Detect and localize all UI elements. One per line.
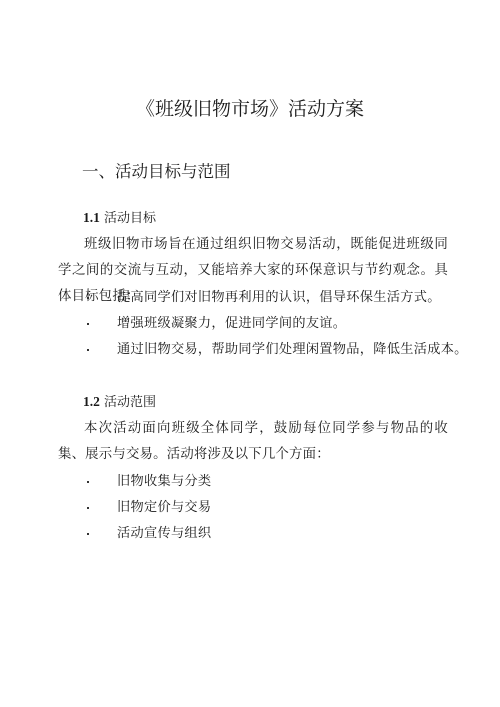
list-item-text: 提高同学们对旧物再利用的认识，倡导环保生活方式。 <box>117 285 441 311</box>
subsection-number: 1.1 <box>83 210 100 225</box>
bullet-icon <box>87 323 89 325</box>
list-item-text: 通过旧物交易，帮助同学们处理闲置物品，降低生活成本。 <box>117 337 468 363</box>
subsection-number: 1.2 <box>83 394 100 409</box>
section-heading-1: 一、活动目标与范围 <box>82 160 231 184</box>
list-item-text: 旧物定价与交易 <box>117 495 211 521</box>
subsection-title: 活动目标 <box>104 211 156 226</box>
document-page: 《班级旧物市场》活动方案 一、活动目标与范围 1.1 活动目标 班级旧物市场旨在… <box>0 0 500 707</box>
bullet-icon <box>87 481 89 483</box>
subsection-heading-1-1: 1.1 活动目标 <box>83 208 156 229</box>
list-item-text: 活动宣传与组织 <box>117 521 211 547</box>
subsection-title: 活动范围 <box>104 395 156 410</box>
document-title: 《班级旧物市场》活动方案 <box>0 96 500 122</box>
list-item-text: 增强班级凝聚力，促进同学间的友谊。 <box>117 311 346 337</box>
list-item-text: 旧物收集与分类 <box>117 469 211 495</box>
bullet-icon <box>87 507 89 509</box>
subsection-heading-1-2: 1.2 活动范围 <box>83 392 156 413</box>
paragraph-activity-scope: 本次活动面向班级全体同学，鼓励每位同学参与物品的收集、展示与交易。活动将涉及以下… <box>58 416 448 468</box>
bullet-icon <box>87 349 89 351</box>
bullet-icon <box>87 533 89 535</box>
bullet-icon <box>87 297 89 299</box>
